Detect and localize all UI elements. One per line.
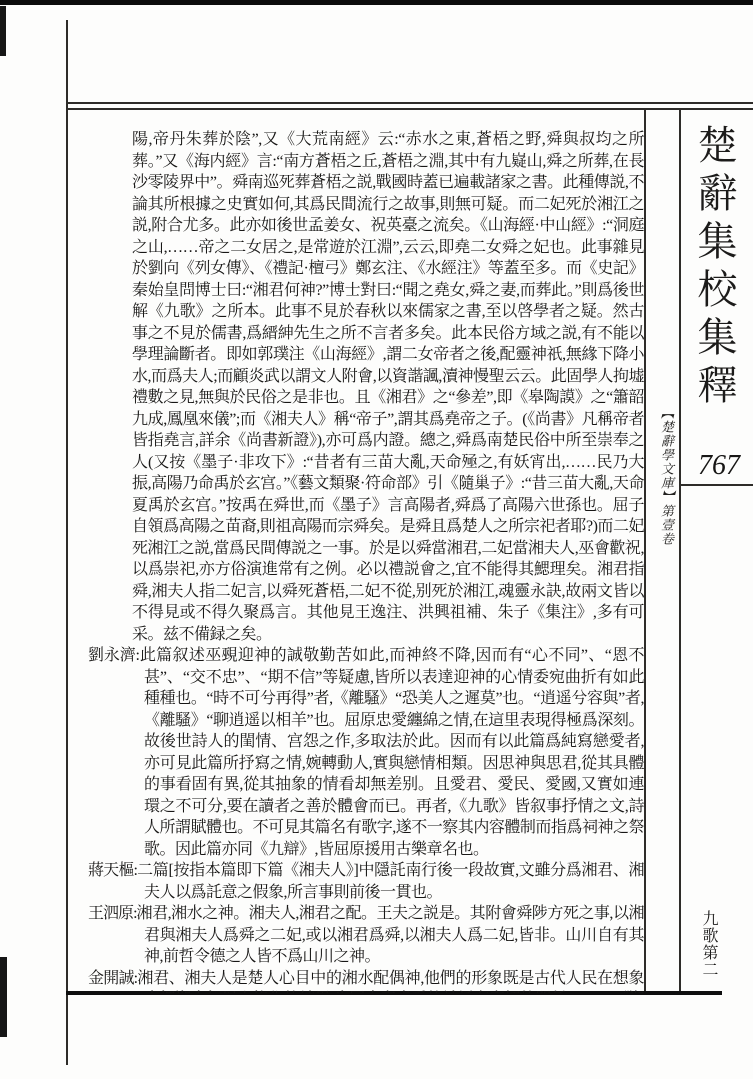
text-sidebar-divider-line	[644, 108, 646, 994]
page-number: 767	[692, 450, 746, 482]
author-label: 王泗原:	[88, 905, 137, 922]
sidebar-inner-divider-line	[679, 108, 681, 994]
commentary-entry-liu-yongji: 劉永濟:此篇叙述巫覡迎神的誠敬勤苦如此,而神終不降,因而有“心不同”、“恩不甚”…	[88, 645, 644, 860]
entry-text: 二篇[按指本篇即下篇《湘夫人》]中隱託南行後一段故實,文雖分爲湘君、湘夫人以爲託…	[137, 862, 644, 901]
top-border-line-inner	[66, 108, 753, 110]
scan-edge-mark	[0, 957, 7, 1037]
entry-text: 湘君,湘水之神。湘夫人,湘君之配。王夫之説是。其附會舜陟方死之事,以湘君與湘夫人…	[137, 905, 644, 965]
commentary-entry-wang-siyuan: 王泗原:湘君,湘水之神。湘夫人,湘君之配。王夫之説是。其附會舜陟方死之事,以湘君…	[88, 903, 644, 968]
commentary-entry-jin-kaicheng: 金開誠:湘君、湘夫人是楚人心目中的湘水配偶神,他們的形象既是古代人民在想象中把湘…	[88, 968, 644, 994]
commentary-entry-jiang-tianshu: 蔣天樞:二篇[按指本篇即下篇《湘夫人》]中隱託南行後一段故實,文雖分爲湘君、湘夫…	[88, 860, 644, 903]
continuation-paragraph: 陽,帝丹朱葬於陰”,又《大荒南經》云:“赤水之東,蒼梧之野,舜與叔均之所葬。”又…	[132, 129, 644, 645]
scan-edge-mark	[0, 6, 6, 56]
author-label: 劉永濟:	[88, 647, 139, 664]
author-label: 金開誠:	[88, 970, 137, 987]
top-border-line-outer	[66, 102, 753, 104]
main-text-region: 陽,帝丹朱葬於陰”,又《大荒南經》云:“赤水之東,蒼梧之野,舜與叔均之所葬。”又…	[88, 129, 644, 993]
page-number-underline	[679, 484, 753, 486]
author-label: 蔣天樞:	[88, 862, 137, 879]
series-volume-label: 【楚辭學文庫】第壹卷	[649, 406, 676, 576]
scan-edge-top-band	[0, 0, 753, 5]
book-title: 楚辭集校集釋	[683, 124, 743, 424]
book-page-scan: 陽,帝丹朱葬於陰”,又《大荒南經》云:“赤水之東,蒼梧之野,舜與叔均之所葬。”又…	[0, 0, 753, 1079]
entry-text: 此篇叙述巫覡迎神的誠敬勤苦如此,而神終不降,因而有“心不同”、“恩不甚”、“交不…	[139, 647, 644, 858]
entry-text: 湘君、湘夫人是楚人心目中的湘水配偶神,他們的形象既是古代人民在想象中把湘水加以人…	[137, 970, 644, 994]
left-border-line	[66, 20, 68, 1065]
section-label: 九歌第二	[696, 910, 720, 990]
